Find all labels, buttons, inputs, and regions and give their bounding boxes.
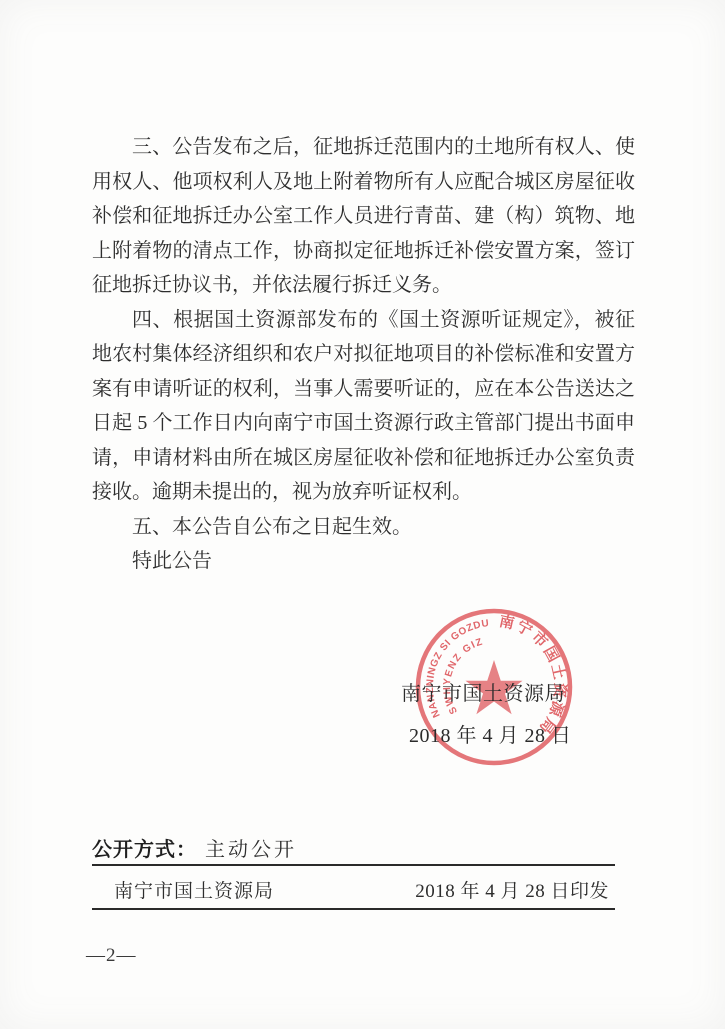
imprint-issuer: 南宁市国土资源局 — [92, 876, 274, 903]
imprint-row: 南宁市国土资源局 2018 年 4 月 28 日印发 — [92, 876, 615, 903]
announcement-body: 三、公告发布之后，征地拆迁范围内的土地所有权人、使用权人、他项权利人及地上附着物… — [92, 130, 635, 579]
paragraph-article-5: 五、本公告自公布之日起生效。 — [92, 510, 635, 545]
page-number: —2— — [86, 945, 137, 967]
disclosure-row: 公开方式：主动公开 — [92, 833, 297, 862]
paragraph-article-4: 四、根据国土资源部发布的《国土资源听证规定》，被征地农村集体经济组织和农户对拟征… — [92, 303, 635, 510]
imprint-print-date: 2018 年 4 月 28 日印发 — [415, 876, 615, 903]
scanned-announcement-page: 三、公告发布之后，征地拆迁范围内的土地所有权人、使用权人、他项权利人及地上附着物… — [0, 0, 725, 1029]
paragraph-article-3: 三、公告发布之后，征地拆迁范围内的土地所有权人、使用权人、他项权利人及地上附着物… — [92, 130, 635, 303]
closing-phrase: 特此公告 — [92, 544, 635, 579]
footer-divider-top — [92, 864, 615, 866]
disclosure-method-label: 公开方式： — [92, 839, 197, 861]
signature-issuer: 南宁市国土资源局 — [401, 677, 565, 706]
footer-divider-bottom — [92, 908, 615, 910]
signature-date: 2018 年 4 月 28 日 — [409, 719, 572, 748]
disclosure-method-value: 主动公开 — [205, 839, 297, 861]
